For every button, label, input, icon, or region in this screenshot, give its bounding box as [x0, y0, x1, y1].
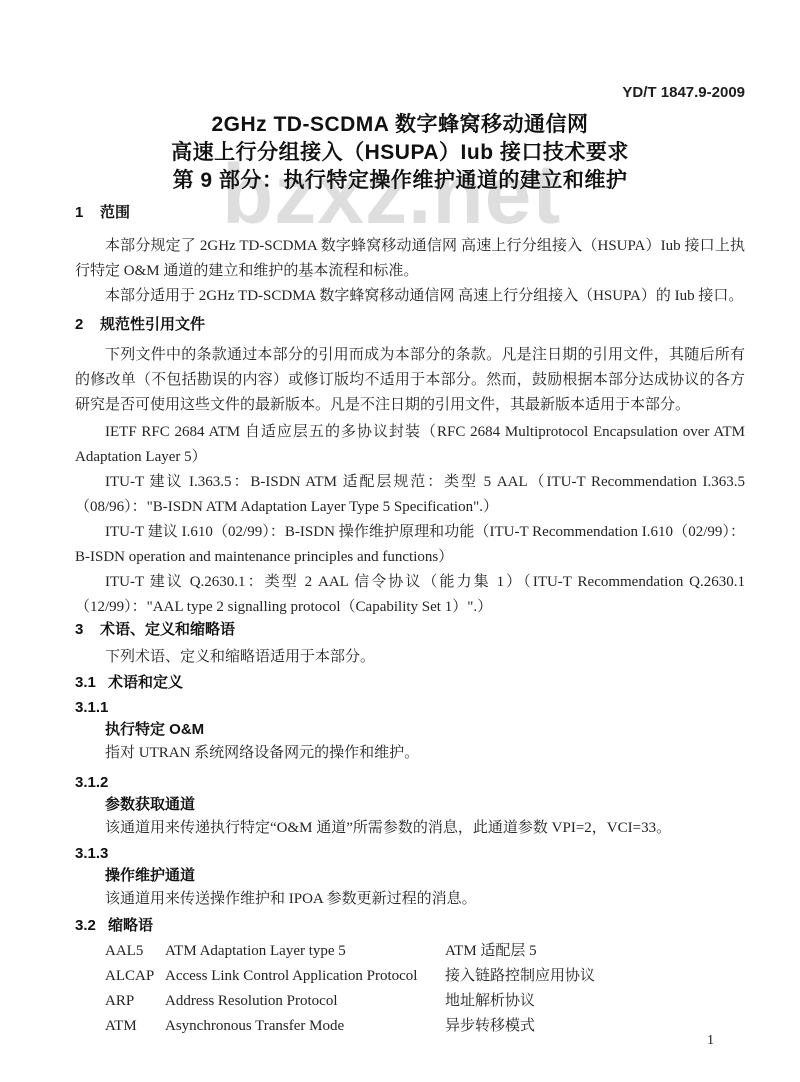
- term-block: 3.1.2 参数获取通道 该通道用来传递执行特定“O&M 通道”所需参数的消息，…: [75, 772, 745, 841]
- section-2-heading: 2规范性引用文件: [75, 315, 745, 335]
- abbreviation-code: ALCAP: [105, 964, 165, 989]
- section-3-1-title: 术语和定义: [108, 674, 183, 691]
- abbreviation-chinese: 地址解析协议: [445, 989, 745, 1014]
- section-3-2-heading: 3.2缩略语: [75, 916, 745, 936]
- section-3-2-title: 缩略语: [108, 917, 153, 934]
- abbreviation-row: ATM Asynchronous Transfer Mode 异步转移模式: [105, 1014, 745, 1039]
- term-clause-number: 3.1.2: [75, 772, 745, 794]
- section-1-title: 范围: [100, 204, 130, 221]
- term-clause-number: 3.1.1: [75, 697, 745, 719]
- section-1-heading: 1范围: [75, 203, 745, 223]
- section-1-number: 1: [75, 203, 100, 223]
- section-2-number: 2: [75, 315, 100, 335]
- section-2-paragraph-1: 下列文件中的条款通过本部分的引用而成为本部分的条款。凡是注日期的引用文件，其随后…: [75, 343, 745, 418]
- term-block: 3.1.3 操作维护通道 该通道用来传送操作维护和 IPOA 参数更新过程的消息…: [75, 843, 745, 912]
- term-name: 执行特定 O&M: [75, 719, 745, 741]
- abbreviation-chinese: ATM 适配层 5: [445, 939, 745, 964]
- abbreviation-english: Address Resolution Protocol: [165, 989, 445, 1014]
- abbreviation-row: ALCAP Access Link Control Application Pr…: [105, 964, 745, 989]
- section-3-paragraph-1: 下列术语、定义和缩略语适用于本部分。: [75, 645, 745, 670]
- abbreviation-row: AAL5 ATM Adaptation Layer type 5 ATM 适配层…: [105, 939, 745, 964]
- section-3-title: 术语、定义和缩略语: [100, 621, 235, 638]
- section-1-paragraph-1: 本部分规定了 2GHz TD-SCDMA 数字蜂窝移动通信网 高速上行分组接入（…: [75, 234, 745, 284]
- abbreviation-english: ATM Adaptation Layer type 5: [165, 939, 445, 964]
- abbreviation-chinese: 接入链路控制应用协议: [445, 964, 745, 989]
- term-name: 参数获取通道: [75, 794, 745, 816]
- title-line-3: 第 9 部分：执行特定操作维护通道的建立和维护: [0, 167, 800, 195]
- section-3-number: 3: [75, 620, 100, 640]
- abbreviation-row: ARP Address Resolution Protocol 地址解析协议: [105, 989, 745, 1014]
- doc-number: YD/T 1847.9-2009: [622, 84, 745, 101]
- abbreviation-code: ATM: [105, 1014, 165, 1039]
- section-3-1-number: 3.1: [75, 673, 108, 693]
- reference-item: IETF RFC 2684 ATM 自适应层五的多协议封装（RFC 2684 M…: [75, 420, 745, 470]
- reference-item: ITU-T 建议 I.610（02/99）：B-ISDN 操作维护原理和功能（I…: [75, 520, 745, 570]
- reference-item: ITU-T 建议 I.363.5：B-ISDN ATM 适配层规范：类型 5 A…: [75, 470, 745, 520]
- document-body: 1范围 本部分规定了 2GHz TD-SCDMA 数字蜂窝移动通信网 高速上行分…: [75, 196, 745, 1039]
- page-number: 1: [707, 1033, 714, 1049]
- title-line-2: 高速上行分组接入（HSUPA）Iub 接口技术要求: [0, 139, 800, 167]
- title-line-1: 2GHz TD-SCDMA 数字蜂窝移动通信网: [0, 111, 800, 139]
- term-definition: 指对 UTRAN 系统网络设备网元的操作和维护。: [75, 741, 745, 766]
- term-definition: 该通道用来传递执行特定“O&M 通道”所需参数的消息，此通道参数 VPI=2，V…: [75, 816, 745, 841]
- document-page: bzxz.net YD/T 1847.9-2009 2GHz TD-SCDMA …: [0, 0, 800, 1082]
- abbreviation-code: AAL5: [105, 939, 165, 964]
- abbreviation-chinese: 异步转移模式: [445, 1014, 745, 1039]
- term-definition: 该通道用来传送操作维护和 IPOA 参数更新过程的消息。: [75, 887, 745, 912]
- abbreviation-english: Asynchronous Transfer Mode: [165, 1014, 445, 1039]
- term-block: 3.1.1 执行特定 O&M 指对 UTRAN 系统网络设备网元的操作和维护。: [75, 697, 745, 766]
- document-title: 2GHz TD-SCDMA 数字蜂窝移动通信网 高速上行分组接入（HSUPA）I…: [0, 111, 800, 195]
- abbreviation-english: Access Link Control Application Protocol: [165, 964, 445, 989]
- section-3-2-number: 3.2: [75, 916, 108, 936]
- term-name: 操作维护通道: [75, 865, 745, 887]
- section-1-paragraph-2: 本部分适用于 2GHz TD-SCDMA 数字蜂窝移动通信网 高速上行分组接入（…: [75, 284, 745, 309]
- term-clause-number: 3.1.3: [75, 843, 745, 865]
- section-2-title: 规范性引用文件: [100, 316, 205, 333]
- section-3-heading: 3术语、定义和缩略语: [75, 620, 745, 640]
- reference-item: ITU-T 建议 Q.2630.1：类型 2 AAL 信令协议（能力集 1）（I…: [75, 570, 745, 620]
- abbreviation-code: ARP: [105, 989, 165, 1014]
- section-3-1-heading: 3.1术语和定义: [75, 673, 745, 693]
